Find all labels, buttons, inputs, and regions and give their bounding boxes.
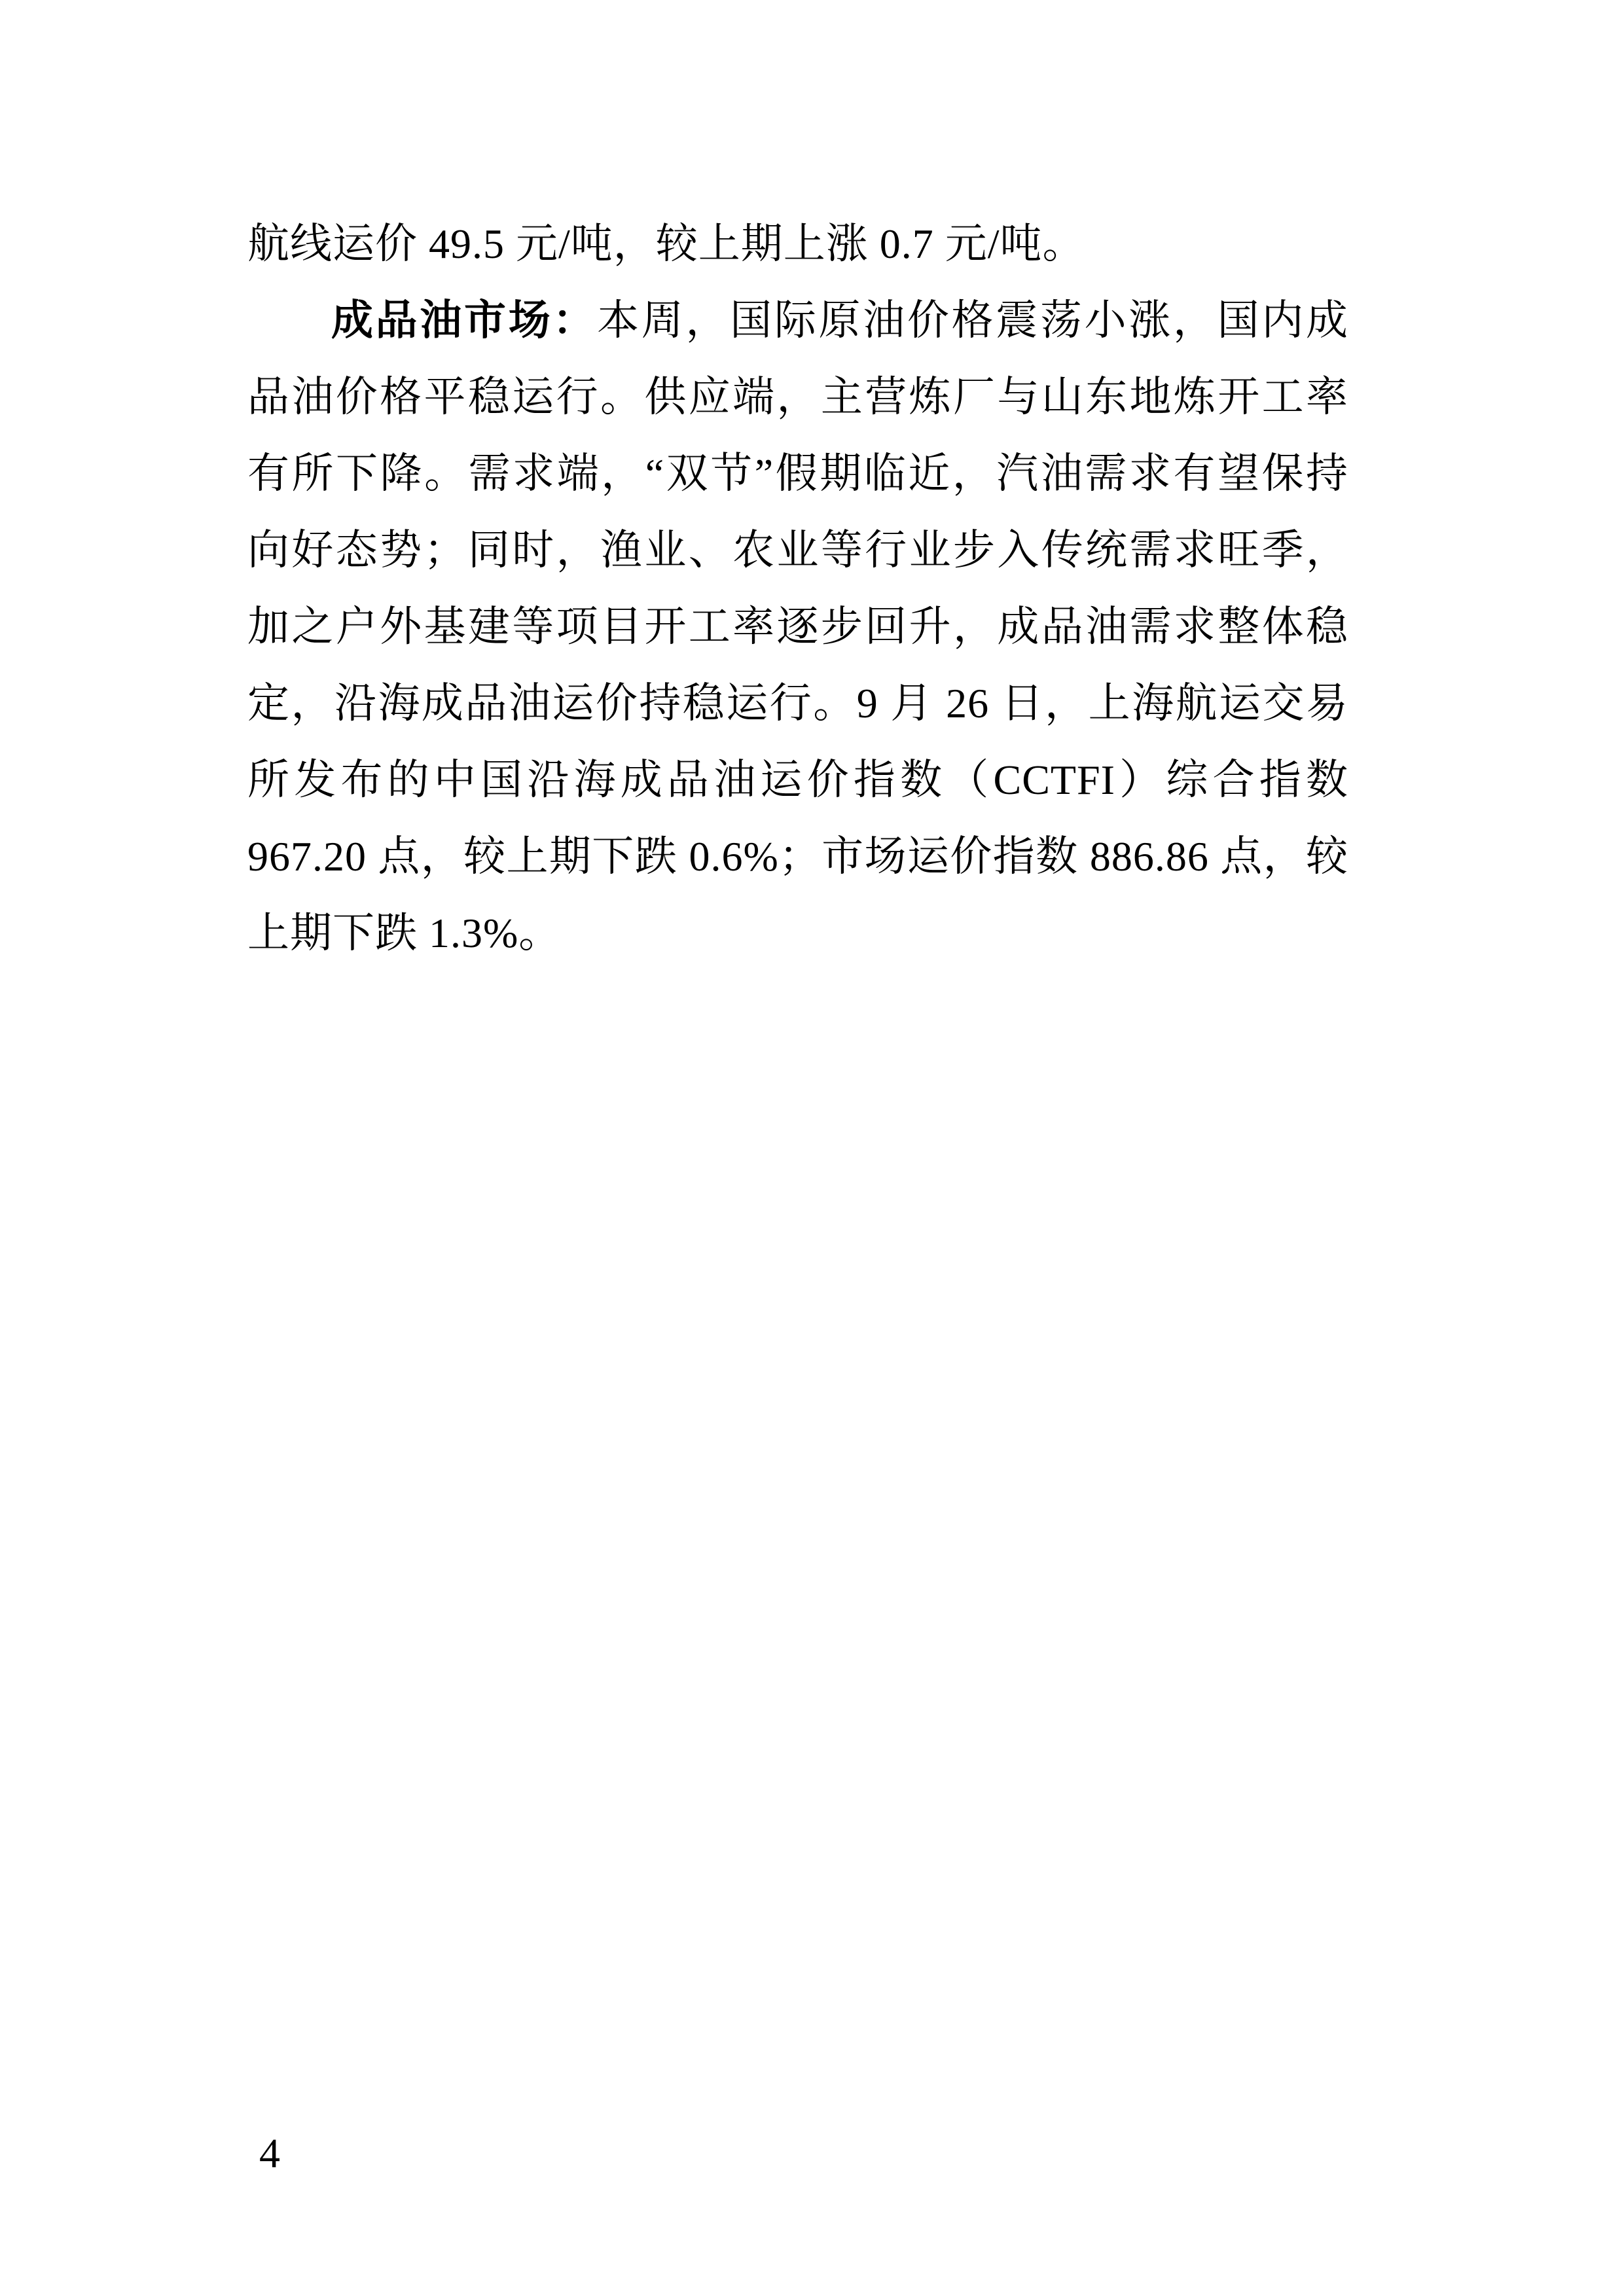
paragraph-lead-bold: 成品油市场： [331,296,597,344]
document-page: 航线运价 49.5 元/吨，较上期上涨 0.7 元/吨。 成品油市场：本周，国际… [0,0,1624,2296]
paragraph-body-text: 本周，国际原油价格震荡小涨，国内成品油价格平稳运行。供应端，主营炼厂与山东地炼开… [247,297,1348,956]
paragraph-product-oil-market: 成品油市场：本周，国际原油价格震荡小涨，国内成品油价格平稳运行。供应端，主营炼厂… [247,282,1348,971]
page-number: 4 [259,2132,280,2174]
body-text-block: 航线运价 49.5 元/吨，较上期上涨 0.7 元/吨。 成品油市场：本周，国际… [247,206,1348,971]
paragraph-route-freight-rate: 航线运价 49.5 元/吨，较上期上涨 0.7 元/吨。 [247,206,1348,282]
